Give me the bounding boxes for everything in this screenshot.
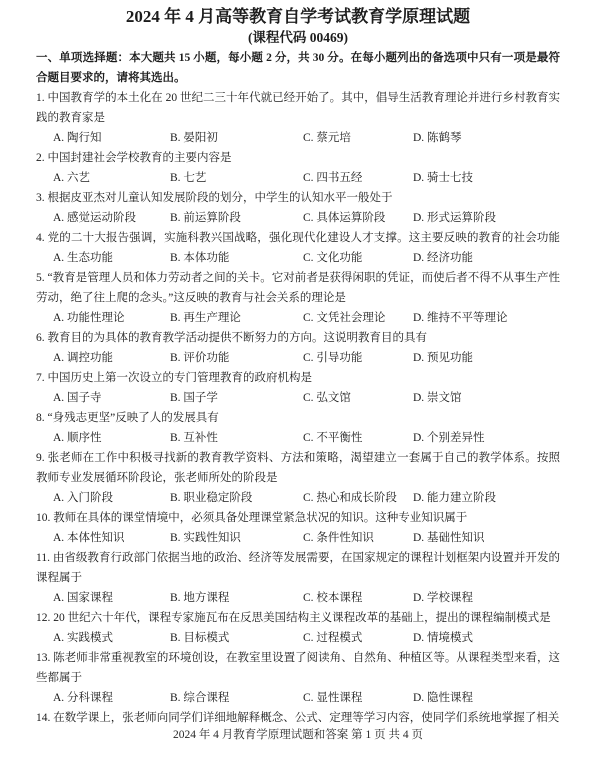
option-c: C. 引导功能 bbox=[303, 348, 413, 368]
option-c: C. 四书五经 bbox=[303, 168, 413, 188]
option-b: B. 综合课程 bbox=[170, 688, 303, 708]
option-b: B. 七艺 bbox=[170, 168, 303, 188]
options-row: A. 国子寺 B. 国子学 C. 弘文馆 D. 崇文馆 bbox=[36, 388, 560, 408]
option-d: D. 基础性知识 bbox=[413, 528, 560, 548]
options-row: A. 功能性理论 B. 再生产理论 C. 文凭社会理论 D. 维持不平等理论 bbox=[36, 308, 560, 328]
question-4: 4. 党的二十大报告强调，实施科教兴国战略，强化现代化建设人才支撑。这主要反映的… bbox=[36, 228, 560, 268]
option-c: C. 不平衡性 bbox=[303, 428, 413, 448]
option-a: A. 功能性理论 bbox=[53, 308, 170, 328]
option-c: C. 蔡元培 bbox=[303, 128, 413, 148]
option-a: A. 入门阶段 bbox=[53, 488, 170, 508]
question-12: 12. 20 世纪六十年代，课程专家施瓦布在反思美国结构主义课程改革的基础上，提… bbox=[36, 608, 560, 648]
option-a: A. 分科课程 bbox=[53, 688, 170, 708]
option-a: A. 本体性知识 bbox=[53, 528, 170, 548]
options-row: A. 调控功能 B. 评价功能 C. 引导功能 D. 预见功能 bbox=[36, 348, 560, 368]
options-row: A. 分科课程 B. 综合课程 C. 显性课程 D. 隐性课程 bbox=[36, 688, 560, 708]
option-d: D. 情境模式 bbox=[413, 628, 560, 648]
question-2: 2. 中国封建社会学校教育的主要内容是 A. 六艺 B. 七艺 C. 四书五经 … bbox=[36, 148, 560, 188]
section-instruction: 一、单项选择题：本大题共 15 小题，每小题 2 分，共 30 分。在每小题列出… bbox=[36, 48, 560, 88]
question-text: 8. “身残志更坚”反映了人的发展具有 bbox=[36, 408, 560, 428]
option-d: D. 学校课程 bbox=[413, 588, 560, 608]
option-a: A. 调控功能 bbox=[53, 348, 170, 368]
option-d: D. 陈鹤琴 bbox=[413, 128, 560, 148]
options-row: A. 国家课程 B. 地方课程 C. 校本课程 D. 学校课程 bbox=[36, 588, 560, 608]
option-b: B. 目标模式 bbox=[170, 628, 303, 648]
question-11: 11. 由省级教育行政部门依据当地的政治、经济等发展需要，在国家规定的课程计划框… bbox=[36, 548, 560, 608]
exam-page: 2024 年 4 月高等教育自学考试教育学原理试题 (课程代码 00469) 一… bbox=[0, 0, 596, 782]
option-c: C. 热心和成长阶段 bbox=[303, 488, 413, 508]
options-row: A. 陶行知 B. 晏阳初 C. 蔡元培 D. 陈鹤琴 bbox=[36, 128, 560, 148]
options-row: A. 感觉运动阶段 B. 前运算阶段 C. 具体运算阶段 D. 形式运算阶段 bbox=[36, 208, 560, 228]
question-14: 14. 在数学课上，张老师向同学们详细地解释概念、公式、定理等学习内容，使同学们… bbox=[36, 708, 560, 728]
question-6: 6. 教育目的为具体的教育教学活动提供不断努力的方向。这说明教育目的具有 A. … bbox=[36, 328, 560, 368]
option-a: A. 陶行知 bbox=[53, 128, 170, 148]
question-13: 13. 陈老师非常重视教室的环境创设，在教室里设置了阅读角、自然角、种植区等。从… bbox=[36, 648, 560, 708]
option-a: A. 国家课程 bbox=[53, 588, 170, 608]
options-row: A. 生态功能 B. 本体功能 C. 文化功能 D. 经济功能 bbox=[36, 248, 560, 268]
option-a: A. 顺序性 bbox=[53, 428, 170, 448]
option-c: C. 文化功能 bbox=[303, 248, 413, 268]
options-row: A. 六艺 B. 七艺 C. 四书五经 D. 骑士七技 bbox=[36, 168, 560, 188]
question-8: 8. “身残志更坚”反映了人的发展具有 A. 顺序性 B. 互补性 C. 不平衡… bbox=[36, 408, 560, 448]
question-5: 5. “教育是管理人员和体力劳动者之间的关卡。它对前者是获得闲职的凭证，而使后者… bbox=[36, 268, 560, 328]
option-c: C. 具体运算阶段 bbox=[303, 208, 413, 228]
question-9: 9. 张老师在工作中积极寻找新的教育教学资料、方法和策略，渴望建立一套属于自己的… bbox=[36, 448, 560, 508]
question-text: 3. 根据皮亚杰对儿童认知发展阶段的划分，中学生的认知水平一般处于 bbox=[36, 188, 560, 208]
option-a: A. 国子寺 bbox=[53, 388, 170, 408]
option-d: D. 隐性课程 bbox=[413, 688, 560, 708]
option-a: A. 六艺 bbox=[53, 168, 170, 188]
page-footer: 2024 年 4 月教育学原理试题和答案 第 1 页 共 4 页 bbox=[0, 727, 596, 743]
question-text: 5. “教育是管理人员和体力劳动者之间的关卡。它对前者是获得闲职的凭证，而使后者… bbox=[36, 268, 560, 308]
question-text: 9. 张老师在工作中积极寻找新的教育教学资料、方法和策略，渴望建立一套属于自己的… bbox=[36, 448, 560, 488]
option-d: D. 形式运算阶段 bbox=[413, 208, 560, 228]
options-row: A. 本体性知识 B. 实践性知识 C. 条件性知识 D. 基础性知识 bbox=[36, 528, 560, 548]
question-text: 12. 20 世纪六十年代，课程专家施瓦布在反思美国结构主义课程改革的基础上，提… bbox=[36, 608, 560, 628]
option-b: B. 地方课程 bbox=[170, 588, 303, 608]
option-d: D. 预见功能 bbox=[413, 348, 560, 368]
option-a: A. 感觉运动阶段 bbox=[53, 208, 170, 228]
question-1: 1. 中国教育学的本土化在 20 世纪二三十年代就已经开始了。其中，倡导生活教育… bbox=[36, 88, 560, 148]
course-code: (课程代码 00469) bbox=[36, 28, 560, 48]
option-c: C. 显性课程 bbox=[303, 688, 413, 708]
question-3: 3. 根据皮亚杰对儿童认知发展阶段的划分，中学生的认知水平一般处于 A. 感觉运… bbox=[36, 188, 560, 228]
question-text: 4. 党的二十大报告强调，实施科教兴国战略，强化现代化建设人才支撑。这主要反映的… bbox=[36, 228, 560, 248]
option-a: A. 生态功能 bbox=[53, 248, 170, 268]
option-c: C. 校本课程 bbox=[303, 588, 413, 608]
page-title: 2024 年 4 月高等教育自学考试教育学原理试题 bbox=[36, 6, 560, 28]
question-text: 10. 教师在具体的课堂情境中，必须具备处理课堂紧急状况的知识。这种专业知识属于 bbox=[36, 508, 560, 528]
option-c: C. 弘文馆 bbox=[303, 388, 413, 408]
option-b: B. 实践性知识 bbox=[170, 528, 303, 548]
question-text: 7. 中国历史上第一次设立的专门管理教育的政府机构是 bbox=[36, 368, 560, 388]
option-c: C. 过程模式 bbox=[303, 628, 413, 648]
option-d: D. 骑士七技 bbox=[413, 168, 560, 188]
option-b: B. 再生产理论 bbox=[170, 308, 303, 328]
option-b: B. 晏阳初 bbox=[170, 128, 303, 148]
option-d: D. 崇文馆 bbox=[413, 388, 560, 408]
option-b: B. 评价功能 bbox=[170, 348, 303, 368]
option-b: B. 前运算阶段 bbox=[170, 208, 303, 228]
question-text: 14. 在数学课上，张老师向同学们详细地解释概念、公式、定理等学习内容，使同学们… bbox=[36, 708, 560, 728]
option-b: B. 本体功能 bbox=[170, 248, 303, 268]
option-a: A. 实践模式 bbox=[53, 628, 170, 648]
option-d: D. 能力建立阶段 bbox=[413, 488, 560, 508]
option-c: C. 条件性知识 bbox=[303, 528, 413, 548]
option-d: D. 个别差异性 bbox=[413, 428, 560, 448]
option-b: B. 职业稳定阶段 bbox=[170, 488, 303, 508]
question-text: 2. 中国封建社会学校教育的主要内容是 bbox=[36, 148, 560, 168]
option-c: C. 文凭社会理论 bbox=[303, 308, 413, 328]
option-b: B. 互补性 bbox=[170, 428, 303, 448]
question-text: 13. 陈老师非常重视教室的环境创设，在教室里设置了阅读角、自然角、种植区等。从… bbox=[36, 648, 560, 688]
option-b: B. 国子学 bbox=[170, 388, 303, 408]
option-d: D. 经济功能 bbox=[413, 248, 560, 268]
question-text: 6. 教育目的为具体的教育教学活动提供不断努力的方向。这说明教育目的具有 bbox=[36, 328, 560, 348]
question-text: 1. 中国教育学的本土化在 20 世纪二三十年代就已经开始了。其中，倡导生活教育… bbox=[36, 88, 560, 128]
question-text: 11. 由省级教育行政部门依据当地的政治、经济等发展需要，在国家规定的课程计划框… bbox=[36, 548, 560, 588]
question-10: 10. 教师在具体的课堂情境中，必须具备处理课堂紧急状况的知识。这种专业知识属于… bbox=[36, 508, 560, 548]
question-7: 7. 中国历史上第一次设立的专门管理教育的政府机构是 A. 国子寺 B. 国子学… bbox=[36, 368, 560, 408]
options-row: A. 实践模式 B. 目标模式 C. 过程模式 D. 情境模式 bbox=[36, 628, 560, 648]
options-row: A. 入门阶段 B. 职业稳定阶段 C. 热心和成长阶段 D. 能力建立阶段 bbox=[36, 488, 560, 508]
options-row: A. 顺序性 B. 互补性 C. 不平衡性 D. 个别差异性 bbox=[36, 428, 560, 448]
option-d: D. 维持不平等理论 bbox=[413, 308, 560, 328]
